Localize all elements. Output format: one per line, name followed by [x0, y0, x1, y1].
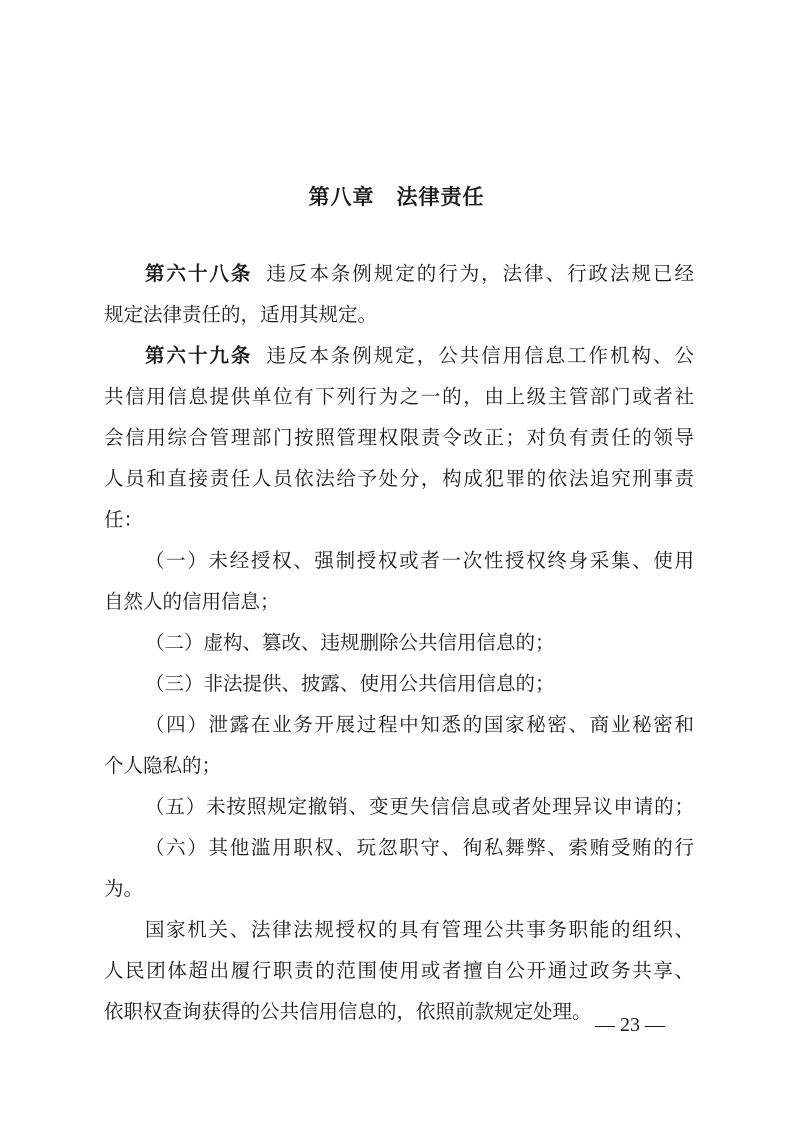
item-2: （二）虚构、篡改、违规删除公共信用信息的； [104, 629, 694, 657]
item-3: （三）非法提供、披露、使用公共信用信息的； [104, 670, 694, 698]
article-68-line-2: 规定法律责任的，适用其规定。 [104, 301, 694, 329]
document-page: 第八章法律责任 第六十八条违反本条例规定的行为，法律、行政法规已经 规定法律责任… [0, 0, 793, 1122]
item-6-line-2: 为。 [104, 875, 694, 903]
item-1-line-2: 自然人的信用信息； [104, 588, 694, 616]
article-68-number: 第六十八条 [145, 262, 252, 285]
chapter-number: 第八章 [309, 185, 375, 209]
item-5: （五）未按照规定撤销、变更失信信息或者处理异议申请的； [104, 793, 694, 821]
item-4-line-1: （四）泄露在业务开展过程中知悉的国家秘密、商业秘密和 [104, 711, 694, 739]
closing-line-1: 国家机关、法律法规授权的具有管理公共事务职能的组织、 [104, 916, 694, 944]
item-4-line-2: 个人隐私的； [104, 752, 694, 780]
article-69-line-2: 共信用信息提供单位有下列行为之一的，由上级主管部门或者社 [104, 383, 694, 411]
page-number: — 23 — [580, 1014, 680, 1037]
chapter-name: 法律责任 [397, 185, 485, 209]
article-69-line-1: 第六十九条违反本条例规定，公共信用信息工作机构、公 [104, 342, 694, 370]
article-69-line-4: 人员和直接责任人员依法给予处分，构成犯罪的依法追究刑事责 [104, 465, 694, 493]
item-1-line-1: （一）未经授权、强制授权或者一次性授权终身采集、使用 [104, 547, 694, 575]
item-6-line-1: （六）其他滥用职权、玩忽职守、徇私舞弊、索贿受贿的行 [104, 834, 694, 862]
article-68-line-1: 第六十八条违反本条例规定的行为，法律、行政法规已经 [104, 260, 694, 288]
article-69-line-3: 会信用综合管理部门按照管理权限责令改正；对负有责任的领导 [104, 424, 694, 452]
article-69-number: 第六十九条 [145, 344, 252, 367]
article-69-line-5: 任： [104, 506, 694, 534]
chapter-title: 第八章法律责任 [0, 181, 793, 211]
closing-line-2: 人民团体超出履行职责的范围使用或者擅自公开通过政务共享、 [104, 957, 694, 985]
